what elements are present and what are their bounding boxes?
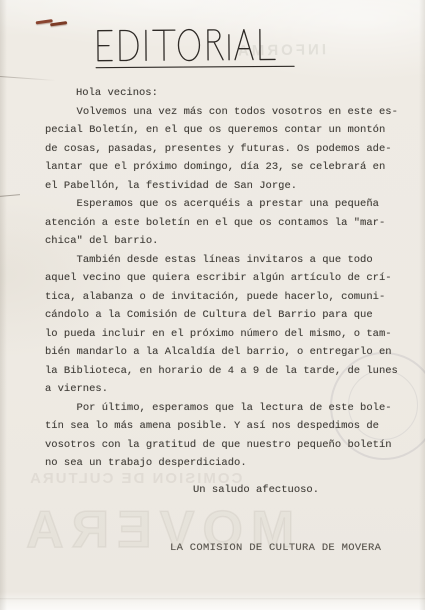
paragraph: Por último, esperamos que la lectura de … bbox=[45, 399, 405, 473]
paragraph: Volvemos una vez más con todos vosotros … bbox=[45, 103, 405, 196]
page-title bbox=[95, 25, 297, 74]
paragraph: Esperamos que os acerquéis a prestar una… bbox=[45, 195, 405, 251]
document-page: INFORMA COMISION DE CULTURA MOVERA bbox=[0, 0, 425, 610]
signature-line: LA COMISION DE CULTURA DE MOVERA bbox=[45, 539, 405, 558]
salutation: Hola vecinos: bbox=[45, 84, 405, 103]
closing-line: Un saludo afectuoso. bbox=[45, 481, 405, 500]
crease-mark bbox=[0, 194, 20, 197]
paragraph: También desde estas líneas invitaros a q… bbox=[45, 251, 405, 399]
paper-edge-shadow-left bbox=[0, 0, 7, 610]
document-body: Hola vecinos: Volvemos una vez más con t… bbox=[45, 84, 405, 558]
crease-line bbox=[0, 76, 56, 81]
paper-edge-shadow-right bbox=[419, 0, 425, 610]
title-underline bbox=[96, 66, 294, 67]
staple-icon bbox=[35, 14, 71, 33]
paper-edge-shadow-bottom bbox=[0, 598, 425, 600]
